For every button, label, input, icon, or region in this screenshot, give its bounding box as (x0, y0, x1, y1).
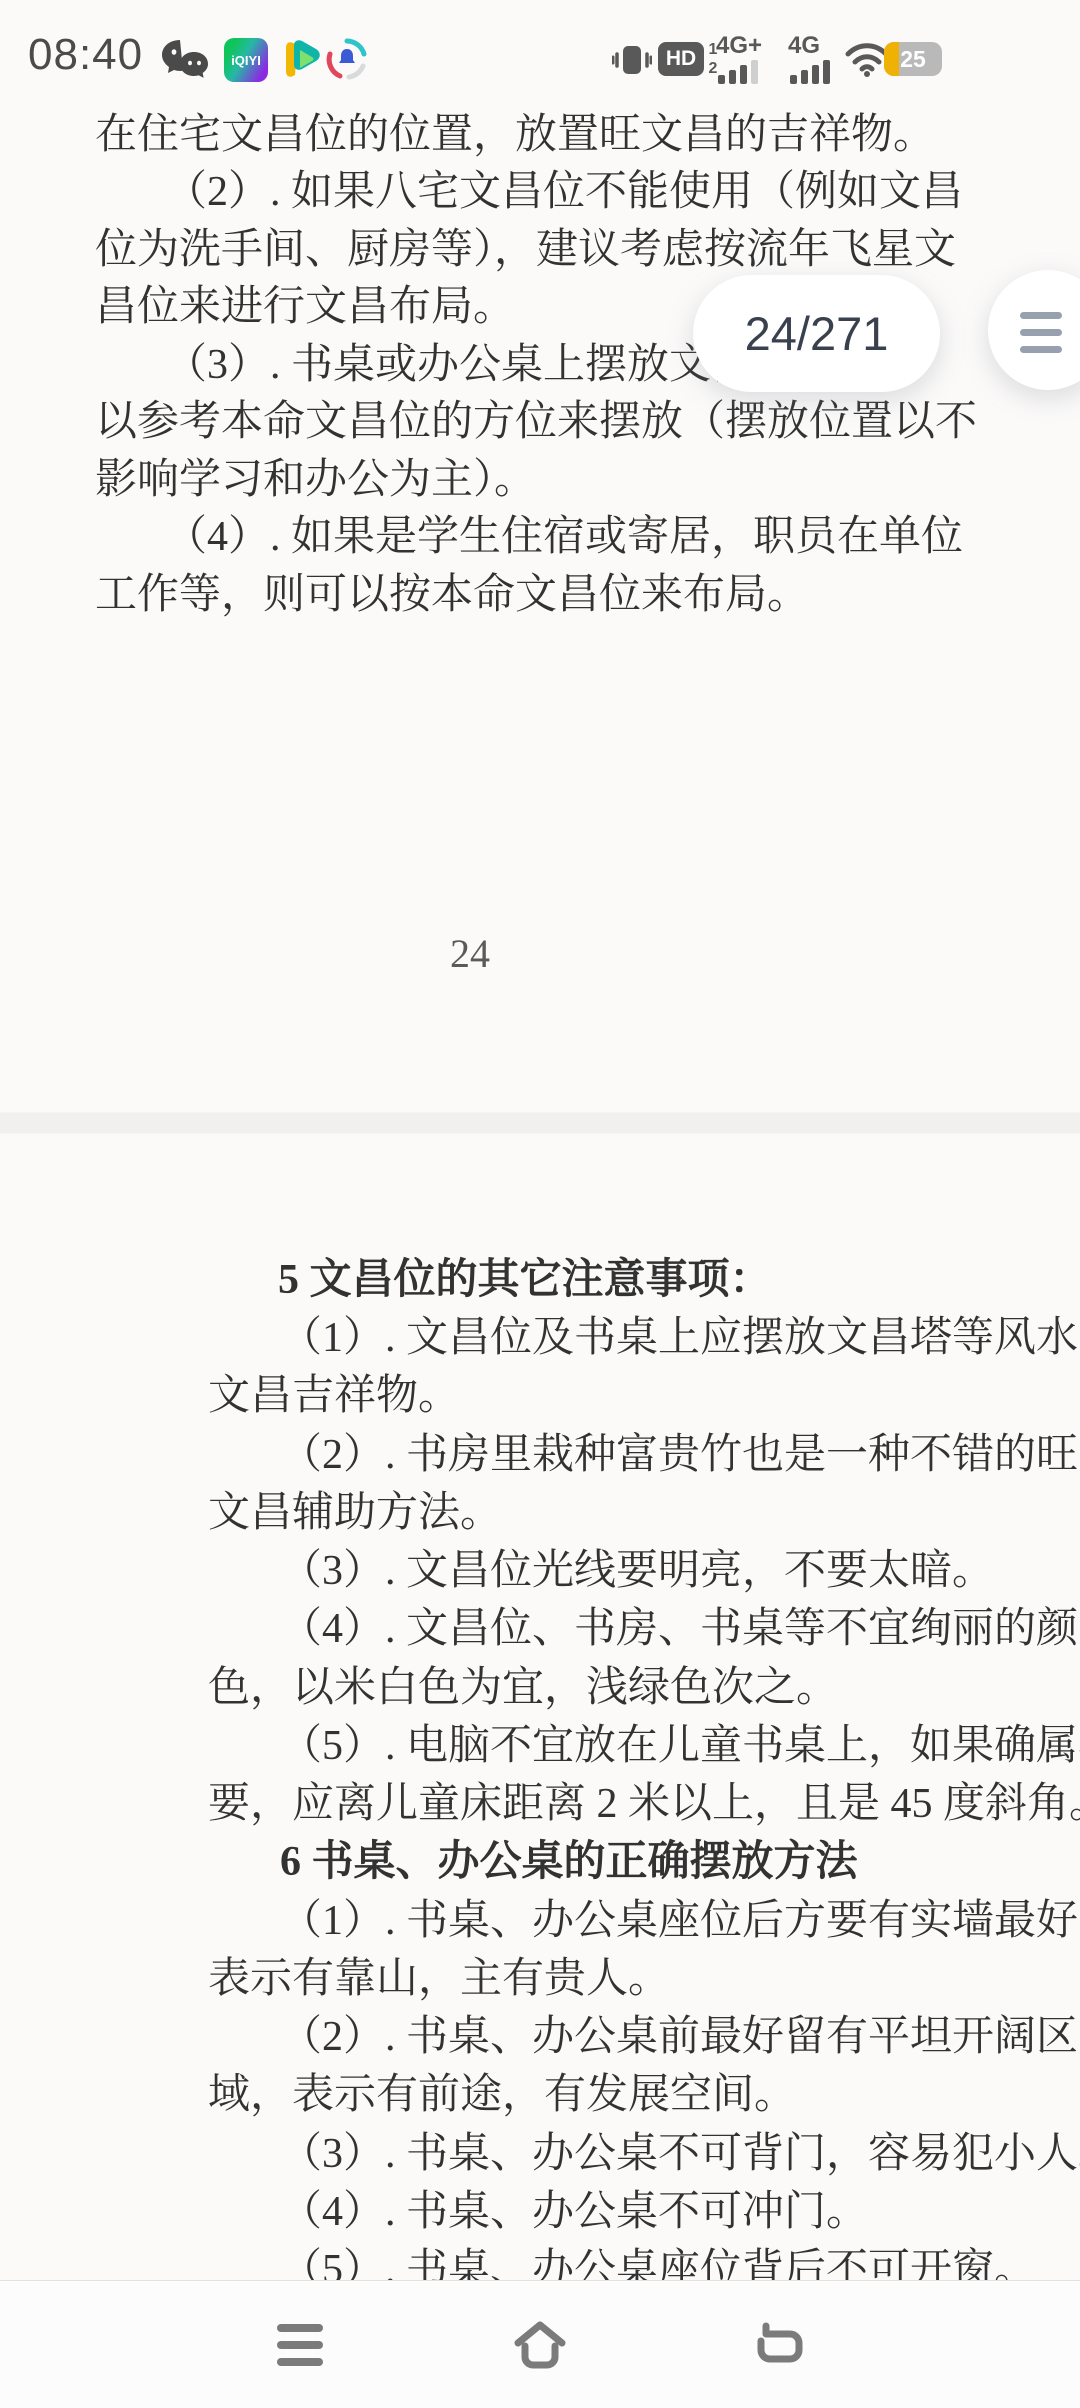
text-line: 色，以米白色为宜，浅绿色次之。 (208, 1659, 838, 1717)
recents-menu-button[interactable] (220, 2281, 380, 2408)
clipped-line-wrap: （5）. 书桌、办公桌座位背后不可开窗。 (0, 2241, 1080, 2280)
battery-icon: 25 (884, 42, 942, 76)
hd-label: HD (666, 47, 696, 71)
signal-4g-icon: 4G (788, 34, 852, 84)
signal-bars-2 (790, 60, 852, 84)
text-line: 文昌辅助方法。 (208, 1484, 502, 1542)
hamburger-icon (1020, 312, 1062, 319)
signal-bars-1 (718, 60, 780, 84)
battery-percent: 25 (884, 42, 942, 76)
hd-volte-icon: HD (658, 42, 704, 76)
network2-label: 4G (788, 34, 852, 58)
text-line: 位为洗手间、厨房等），建议考虑按流年飞星文 (95, 221, 956, 279)
text-line: （5）. 书桌、办公桌座位背后不可开窗。 (280, 2241, 1036, 2280)
text-line: 在住宅文昌位的位置，放置旺文昌的吉祥物。 (95, 106, 935, 164)
text-line: （4）. 如果是学生住宿或寄居，职员在单位 (165, 508, 963, 566)
section-heading: 6 书桌、办公桌的正确摆放方法 (280, 1833, 858, 1891)
text-line: 昌位来进行文昌布局。 (95, 278, 515, 336)
circle-app-icon (326, 38, 368, 80)
iqiyi-icon: iQIYI (224, 38, 268, 82)
text-line: （3）. 文昌位光线要明亮，不要太暗。 (280, 1542, 994, 1600)
iqiyi-label: iQIYI (231, 53, 261, 68)
vibrate-icon (612, 40, 652, 80)
text-line: 影响学习和办公为主）。 (95, 451, 536, 509)
back-button[interactable] (700, 2281, 860, 2408)
clock: 08:40 (28, 30, 143, 80)
text-line: （1）. 书桌、办公桌座位后方要有实墙最好， (280, 1892, 1080, 1950)
wechat-icon (160, 38, 210, 82)
back-icon (754, 2320, 806, 2370)
text-line: 文昌吉祥物。 (208, 1367, 460, 1425)
text-line: 工作等，则可以按本命文昌位来布局。 (95, 566, 809, 624)
text-line: （1）. 文昌位及书桌上应摆放文昌塔等风水 (280, 1309, 1078, 1367)
reader-menu-button[interactable] (988, 270, 1080, 390)
status-bar: 08:40 iQIYI HD 1 2 4G+ (0, 0, 1080, 96)
home-icon (511, 2320, 569, 2370)
text-line: （5）. 电脑不宜放在儿童书桌上，如果确属必 (280, 1717, 1080, 1775)
video-play-icon (280, 38, 324, 82)
text-line: （2）. 如果八宅文昌位不能使用（例如文昌 (165, 163, 963, 221)
text-line: （2）. 书桌、办公桌前最好留有平坦开阔区 (280, 2008, 1078, 2066)
navigation-bar (0, 2281, 1080, 2408)
section-heading: 5 文昌位的其它注意事项： (278, 1251, 772, 1309)
page-separator (0, 1112, 1080, 1134)
recents-menu-icon (277, 2324, 323, 2366)
page-indicator-text: 24/271 (745, 306, 889, 361)
text-line: （3）. 书桌、办公桌不可背门，容易犯小人。 (280, 2125, 1080, 2183)
text-line: 以参考本命文昌位的方位来摆放（摆放位置以不 (95, 393, 977, 451)
network1-label: 4G+ (716, 34, 780, 58)
text-line: （2）. 书房里栽种富贵竹也是一种不错的旺 (280, 1426, 1078, 1484)
text-line: 域，表示有前途，有发展空间。 (208, 2066, 796, 2124)
page-number: 24 (430, 930, 510, 977)
signal-4g-plus-icon: 4G+ (716, 34, 780, 84)
screen: { "status_bar": { "time": "08:40", "app_… (0, 0, 1080, 2408)
page-indicator-pill: 24/271 (693, 275, 940, 392)
text-line: （4）. 文昌位、书房、书桌等不宜绚丽的颜 (280, 1600, 1078, 1658)
text-line: 表示有靠山，主有贵人。 (208, 1950, 670, 2008)
text-line: （4）. 书桌、办公桌不可冲门。 (280, 2183, 868, 2241)
text-line: 要，应离儿童床距离 2 米以上，且是 45 度斜角。 (208, 1775, 1080, 1833)
home-button[interactable] (460, 2281, 620, 2408)
